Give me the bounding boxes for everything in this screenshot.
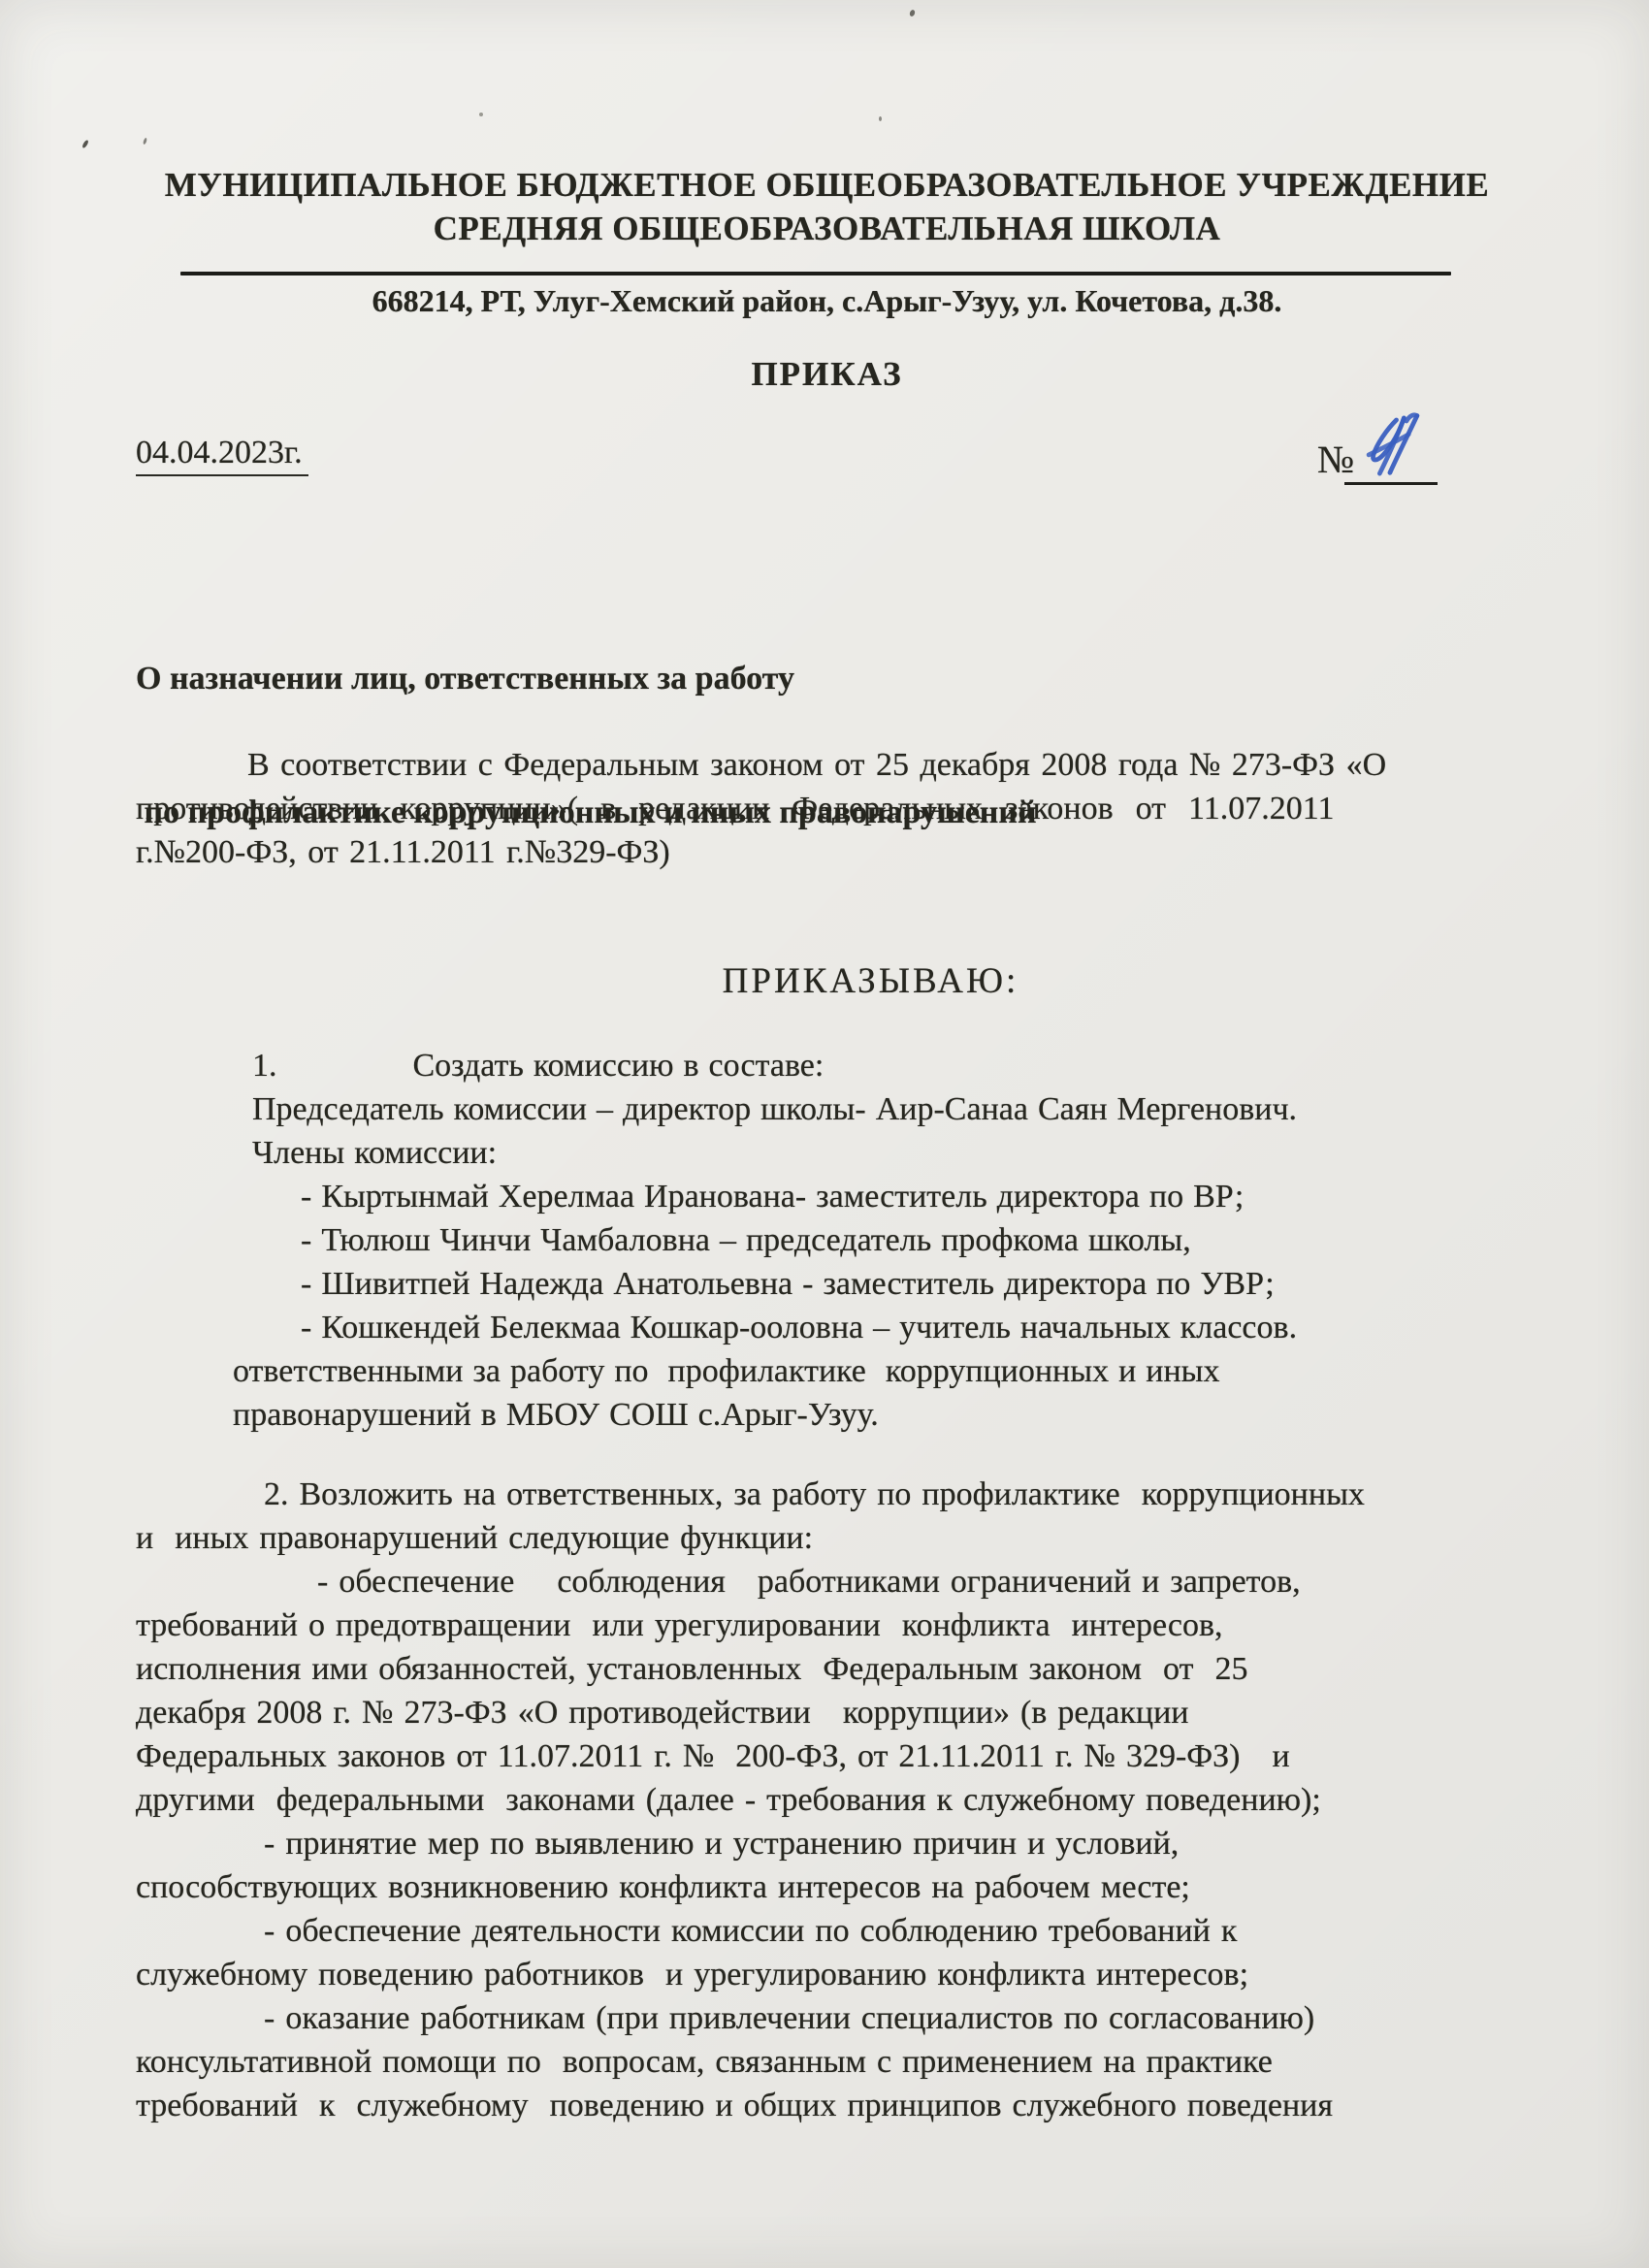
scanned-order-page: МУНИЦИПАЛЬНОЕ БЮДЖЕТНОЕ ОБЩЕОБРАЗОВАТЕЛЬ… [0, 0, 1649, 2268]
organization-address: 668214, РТ, Улуг-Хемский район, с.Арыг-У… [136, 283, 1518, 319]
handwritten-order-number [1346, 401, 1446, 492]
document-line: В соответствии с Федеральным законом от … [136, 743, 1528, 787]
document-line: - Шивитпей Надежда Анатольевна - замести… [136, 1262, 1528, 1306]
subject-line1: О назначении лиц, ответственных за работ… [136, 657, 1518, 701]
document-line: способствующих возникновению конфликта и… [136, 1865, 1528, 1909]
document-line: - обеспечение соблюдения работниками огр… [136, 1560, 1528, 1604]
header-divider-line [180, 272, 1451, 275]
document-line: другими федеральными законами (далее - т… [136, 1778, 1528, 1822]
document-line: декабря 2008 г. № 273-ФЗ «О противодейст… [136, 1691, 1528, 1734]
preamble-paragraph: В соответствии с Федеральным законом от … [136, 743, 1528, 874]
scan-speck [909, 9, 916, 16]
document-type-title: ПРИКАЗ [136, 355, 1518, 394]
document-line: противодействии коррупции»( в редакции Ф… [136, 787, 1528, 830]
document-line: консультативной помощи по вопросам, связ… [136, 2040, 1528, 2084]
document-line: и иных правонарушений следующие функции: [136, 1516, 1528, 1560]
organization-header: МУНИЦИПАЛЬНОЕ БЮДЖЕТНОЕ ОБЩЕОБРАЗОВАТЕЛЬ… [136, 163, 1518, 250]
scan-speck [143, 138, 147, 146]
document-line: - принятие мер по выявлению и устранению… [136, 1822, 1528, 1865]
document-line: ответственными за работу по профилактике… [136, 1349, 1528, 1393]
document-line: 2. Возложить на ответственных, за работу… [136, 1473, 1528, 1516]
document-line: - Тюлюш Чинчи Чамбаловна – председатель … [136, 1218, 1528, 1262]
document-line: - Кыртынмай Херелмаа Иранована- заместит… [136, 1175, 1528, 1218]
document-line: требований о предотвращении или урегулир… [136, 1604, 1528, 1647]
document-line: правонарушений в МБОУ СОШ с.Арыг-Узуу. [136, 1393, 1528, 1437]
scan-speck [879, 116, 882, 121]
document-line: Председатель комиссии – директор школы- … [136, 1087, 1528, 1131]
date-number-row: 04.04.2023г. № [136, 435, 1518, 493]
scan-speck [81, 140, 89, 149]
document-line: требований к служебному поведению и общи… [136, 2084, 1528, 2127]
organization-name-line1: МУНИЦИПАЛЬНОЕ БЮДЖЕТНОЕ ОБЩЕОБРАЗОВАТЕЛЬ… [136, 163, 1518, 207]
document-line: 1. Создать комиссию в составе: [136, 1044, 1528, 1087]
scan-speck [479, 113, 483, 116]
document-line: Федеральных законов от 11.07.2011 г. № 2… [136, 1734, 1528, 1778]
document-line: исполнения ими обязанностей, установленн… [136, 1647, 1528, 1691]
order-item-1: 1. Создать комиссию в составе: Председат… [136, 1044, 1528, 1437]
document-line: - Кошкендей Белекмаа Кошкар-ооловна – уч… [136, 1306, 1528, 1349]
order-item-2: 2. Возложить на ответственных, за работу… [136, 1473, 1528, 2127]
resolution-word: ПРИКАЗЫВАЮ: [179, 960, 1562, 1002]
document-line: - обеспечение деятельности комиссии по с… [136, 1909, 1528, 1953]
order-date: 04.04.2023г. [136, 435, 308, 476]
document-line: служебному поведению работников и урегул… [136, 1953, 1528, 1996]
document-line: г.№200-ФЗ, от 21.11.2011 г.№329-ФЗ) [136, 830, 1528, 874]
organization-name-line2: СРЕДНЯЯ ОБЩЕОБРАЗОВАТЕЛЬНАЯ ШКОЛА [136, 207, 1518, 250]
document-line: Члены комиссии: [136, 1131, 1528, 1175]
document-line: - оказание работникам (при привлечении с… [136, 1996, 1528, 2040]
